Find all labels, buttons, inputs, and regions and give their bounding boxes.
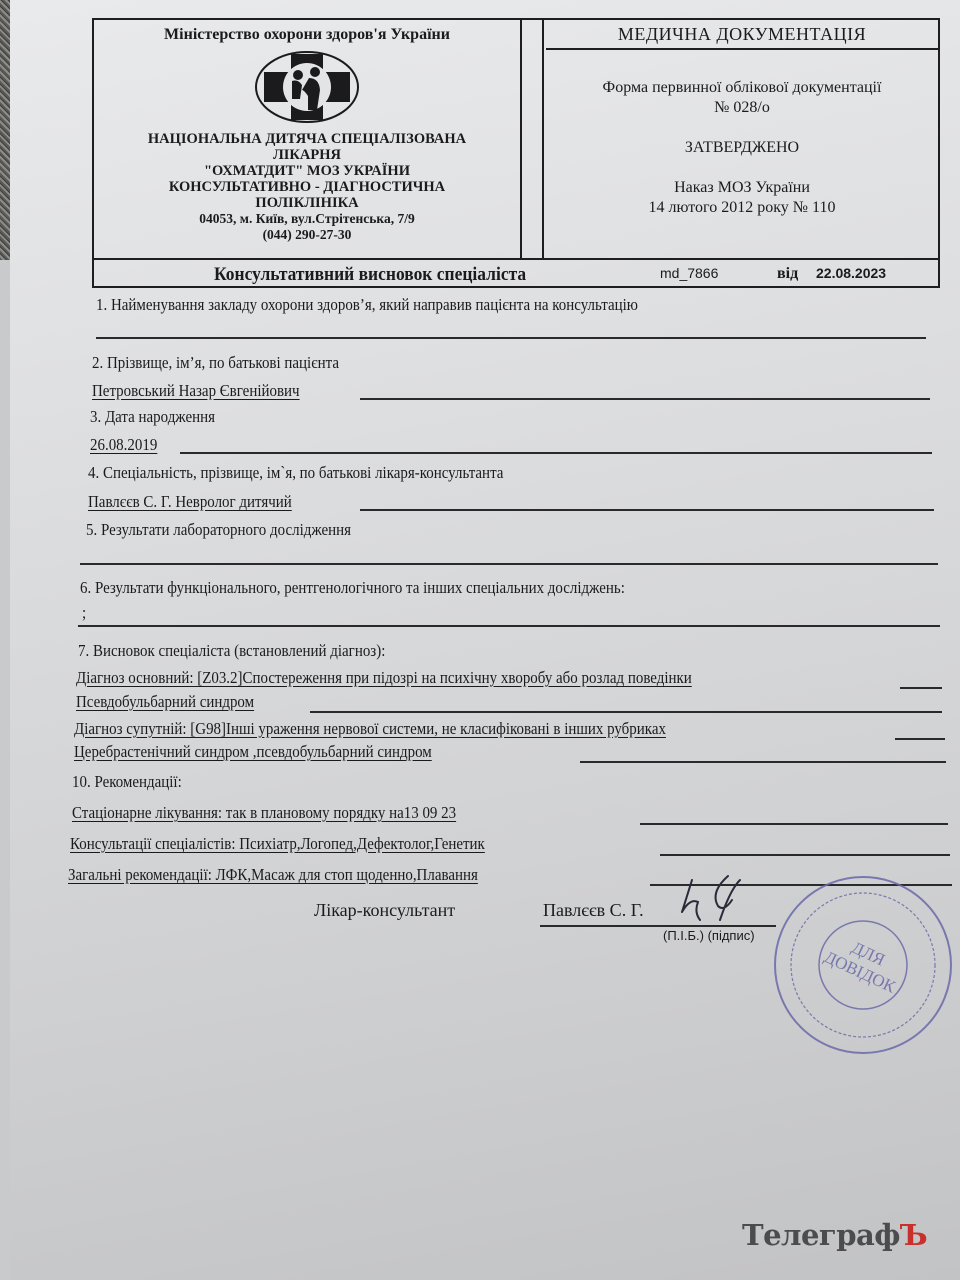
watermark-suffix: Ъ bbox=[900, 1218, 927, 1252]
field-referring-institution-label: 1. Найменування закладу охорони здоров’я… bbox=[96, 295, 638, 315]
medical-documentation-title: МЕДИЧНА ДОКУМЕНТАЦІЯ bbox=[546, 20, 938, 50]
org-address: 04053, м. Київ, вул.Стрітенська, 7/9 bbox=[94, 211, 520, 227]
org-line: ЛІКАРНЯ bbox=[94, 147, 520, 163]
diagnosis-main-line1: Діагноз основний: [Z03.2]Спостереження п… bbox=[76, 668, 692, 688]
field-functional-results-label: 6. Результати функціонального, рентгенол… bbox=[80, 578, 625, 598]
field-consultant-value: Павлєєв С. Г. Невролог дитячий bbox=[88, 492, 292, 512]
field-consultant-label: 4. Спеціальність, прізвище, ім`я, по бат… bbox=[88, 463, 503, 483]
document-date: 22.08.2023 bbox=[816, 265, 886, 281]
field-line bbox=[360, 509, 934, 511]
order-line: Наказ МОЗ України bbox=[546, 178, 938, 198]
field-line bbox=[900, 687, 942, 689]
handwritten-signature-icon bbox=[670, 872, 780, 934]
field-lab-results-label: 5. Результати лабораторного дослідження bbox=[86, 520, 351, 540]
org-line: ПОЛІКЛІНІКА bbox=[94, 195, 520, 211]
field-patient-name-value: Петровський Назар Євгенійович bbox=[92, 381, 300, 401]
hospital-logo-icon bbox=[254, 50, 360, 124]
official-stamp-icon: ДЛЯ ДОВІДОК bbox=[768, 870, 958, 1060]
org-line: "ОХМАТДИТ" МОЗ УКРАЇНИ bbox=[94, 163, 520, 179]
approved-label: ЗАТВЕРДЖЕНО bbox=[546, 138, 938, 158]
date-label: від bbox=[777, 265, 798, 283]
header-divider bbox=[522, 20, 544, 258]
field-functional-results-line bbox=[78, 625, 940, 627]
signature-name: Павлєєв С. Г. bbox=[543, 900, 644, 921]
document-number: md_7866 bbox=[660, 265, 718, 281]
order-date: 14 лютого 2012 року № 110 bbox=[546, 198, 938, 218]
recommendation-inpatient: Стаціонарне лікування: так в плановому п… bbox=[72, 803, 456, 823]
form-name: Форма первинної облікової документації bbox=[546, 78, 938, 98]
watermark-main: Телеграф bbox=[742, 1218, 900, 1252]
field-functional-results-value: ; bbox=[82, 603, 86, 623]
field-referring-institution-line bbox=[96, 337, 926, 339]
signature-role: Лікар-консультант bbox=[314, 900, 455, 921]
field-line bbox=[310, 711, 942, 713]
field-line bbox=[180, 452, 932, 454]
ministry-name: Міністерство охорони здоров'я України bbox=[94, 26, 520, 44]
recommendation-consultations: Консультації спеціалістів: Психіатр,Лого… bbox=[70, 834, 485, 854]
field-line bbox=[895, 738, 945, 740]
diagnosis-main-line2: Псевдобульбарний синдром bbox=[76, 692, 254, 712]
document-title-row: Консультативний висновок спеціаліста md_… bbox=[94, 258, 938, 288]
form-info-block: МЕДИЧНА ДОКУМЕНТАЦІЯ Форма первинної обл… bbox=[546, 20, 938, 258]
field-birthdate-label: 3. Дата народження bbox=[90, 407, 215, 427]
field-line bbox=[580, 761, 946, 763]
field-line bbox=[360, 398, 930, 400]
field-birthdate-value: 26.08.2019 bbox=[90, 435, 157, 455]
document-title: Консультативний висновок спеціаліста bbox=[214, 264, 526, 286]
diagnosis-secondary-line1: Діагноз супутній: [G98]Інші ураження нер… bbox=[74, 719, 666, 739]
field-line bbox=[660, 854, 950, 856]
field-lab-results-line bbox=[80, 563, 938, 565]
form-number: № 028/о bbox=[546, 98, 938, 118]
diagnosis-secondary-line2: Церебрастенічний синдром ,псевдобульбарн… bbox=[74, 742, 432, 762]
field-conclusion-label: 7. Висновок спеціаліста (встановлений ді… bbox=[78, 641, 385, 661]
publisher-watermark: ТелеграфЪ bbox=[742, 1218, 927, 1252]
org-line: КОНСУЛЬТАТИВНО - ДІАГНОСТИЧНА bbox=[94, 179, 520, 195]
form-header: Міністерство охорони здоров'я України НА… bbox=[92, 18, 940, 288]
institution-block: Міністерство охорони здоров'я України НА… bbox=[94, 20, 522, 258]
recommendation-general: Загальні рекомендації: ЛФК,Масаж для сто… bbox=[68, 865, 478, 885]
field-patient-name-label: 2. Прізвище, ім’я, по батькові пацієнта bbox=[92, 353, 339, 373]
field-line bbox=[640, 823, 948, 825]
field-recommendations-label: 10. Рекомендації: bbox=[72, 772, 182, 792]
org-phone: (044) 290-27-30 bbox=[94, 227, 520, 243]
org-line: НАЦІОНАЛЬНА ДИТЯЧА СПЕЦІАЛІЗОВАНА bbox=[94, 131, 520, 147]
